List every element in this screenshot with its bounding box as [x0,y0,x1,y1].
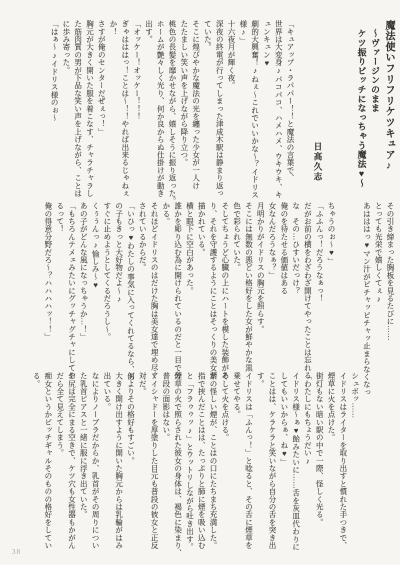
text-column: 普段の面影はない。 [160,372,172,545]
page-title-line-1: 魔法使いフリフリケツキュア♪ [381,20,396,198]
text-column: それほどイドリスのはだけた胸は美女達で埋め尽く [148,202,160,368]
text-column: 色で彩られていた。 [231,202,243,368]
text-column: お尻は完全にまる空きで、ケツ穴も女性器もかがん [66,372,78,545]
text-column: ていた。 [202,20,214,198]
text-column: 対だ。 [136,372,148,545]
text-column: 桃色の長髪を靡かせながら、嬉しそうに振り返った。 [166,20,178,198]
text-column: だがお前の横をわざわざ開けてやったことは忘れる [302,202,314,368]
text-column: 煙草に火を点けた。 [325,372,337,545]
text-column: に歩み寄った。 [60,20,72,198]
text-column: その引き締まった胸板を見るたびに…… [384,202,396,368]
text-column: あの子がどんな風になっちゃうか…！」 [77,202,89,368]
text-column: な その…ひすいだっけ？ [290,202,302,368]
text-column: 描かれている。 [195,202,207,368]
text-column: イドリスは「ふんっ！」と唸ると、その舌に煙草を [243,372,255,545]
text-column [361,372,373,545]
text-column: さすが俺のセンターだぜぇっ！」 [95,20,107,198]
text-column: 「はぁ～♪イドリス様のぉ～ [48,20,60,198]
text-column: ぎゃはははっ！ことは～！！やれば出来るじゃねぇ [119,20,131,198]
text-column: そして火を点ける。 [219,372,231,545]
text-column: 出ている。 [101,372,113,545]
text-column: かる。 [160,202,172,368]
text-column: すぐに止めようとしてくるだろうし～。 [101,202,113,368]
text-column: 街灯もない暗い駅の中で一際、怪しく光る。 [313,372,325,545]
text-column: 様♪」 [237,20,249,198]
text-column: の子もきっと大好物だよ～♪ [113,202,125,368]
text-column: た乳首ピアスと一緒に服に浮き出ていた。 [77,372,89,545]
text-column: 指で挟んだことはは、たっぷりと肺に煙を吸い込む [195,372,207,545]
text-column: 俺の得意分野だろ～？ハハハハッ！！」 [42,202,54,368]
text-column: ホームが艶々しく光り、何か良からぬ仕掛けが動き [154,20,166,198]
text-column: 横と眼下に空白があった。 [184,202,196,368]
text-column: ことはは、ケラケラと笑いながら自分の舌を突き出 [266,372,278,545]
text-column: なによりノーブラだからか、乳首がその周りについ [89,372,101,545]
text-column: だら全て見えてしまう。 [54,372,66,545]
text-column: 誰かを彫り込む為に開けられているのだと一目で分 [172,202,184,368]
text-column: 紫の怪しい煙が、ことはの口にたちまち充満した。 [207,372,219,545]
text-column: るって！ [54,202,66,368]
text-column: る。 [30,372,42,545]
text-column: 世界は大変身♪パコパコ、ハメハメ、ウキウキ、キ [272,20,284,198]
text-column: 胸元が大きく開いた服を着こなす、チャラチャラし [84,20,96,198]
text-tier-2: その引き締まった胸板を見るたびに……とっても光栄で嬉しくてぇ♪あはははっ♥マン汁… [42,202,396,368]
text-column: アイシャドーを厚塗りした目元も普段の彼女と正反 [148,372,160,545]
text-column: り、それを守護するようにことはそっくりの美女が [207,202,219,368]
text-column: くぅぅんっ♪愉しみ～♥ [89,202,101,368]
text-column: す。 [254,372,266,545]
text-column: たたましい笑い声を上げながら降り立つ。 [178,20,190,198]
text-column: 「ふふんっ！だろうなぁっ！ [313,202,325,368]
text-column: 「オッケー！オッケー！！！ [131,20,143,198]
text-column: 煙草の火で照らされた彼女の身体は、褐色に染まり、 [172,372,184,545]
text-column: 「わたしにもちょうだい♪ [302,372,314,545]
author-name: 日高久志 [312,20,324,198]
page-title-line-3: ケツ振りビッチになっちゃう魔法♥～ [354,20,368,198]
text-column: 痴女というかビッチギャルそのものの格好をしてい [42,372,54,545]
text-column [384,372,396,545]
text-column: 「もちろんテメェみたいにグッチャグチャにしてや [66,202,78,368]
text-column: 月明かりがイドリスの胸元を照らす。 [254,202,266,368]
text-column: してもいいからぁ、ね♥」 [278,372,290,545]
text-column: あはははっ♥マン汁がビチャッビチャッ止まらなくなっ [361,202,373,368]
text-column: 「キュアップ・ラパパー！！と魔法の言葉で、 [284,20,296,198]
text-column: そしてちょうど心臓の上にハートを模した装飾があ [219,202,231,368]
text-column: 俺のを待たせる価値はある [278,202,290,368]
text-column: 「いひっ♥わたしの事気に入ってくれてるなら、あ [125,202,137,368]
page-number: 38 [12,548,21,556]
text-column: そこには無数の悪どい格好をした女が鮮やかな黒 [243,202,255,368]
scanned-novel-page: 魔法使いフリフリケツキュア♪ ～ヴァージンのまま ケツ振りビッチになっちゃう魔法… [0,0,400,565]
text-tier-1: 魔法使いフリフリケツキュア♪ ～ヴァージンのまま ケツ振りビッチになっちゃう魔法… [48,20,396,198]
text-column: と「フラゥゥッ♪」とウットリしながら吐き出す。 [184,372,196,545]
text-column: 乗せてやる。 [231,372,243,545]
text-column [337,202,349,368]
text-column: されているからだ。 [136,202,148,368]
page-title-line-2: ～ヴァージンのまま [368,20,382,198]
text-column: イドリス様～ぁ♥飴みたいに……舌を灰皿代わりに [290,372,302,545]
tier-1-columns: 「キュアップ・ラパパー！！と魔法の言葉で、世界は大変身♪パコパコ、ハメハメ、ウキ… [48,20,296,198]
text-column: イドリスはライターを取り出すと慣れた手つきで、 [337,372,349,545]
text-column: ュンキュン♥ [261,20,273,198]
text-tier-3: シュボッ……イドリスはライターを取り出すと慣れた手つきで、煙草に火を点けた。街灯… [30,372,396,545]
text-column: 劇的大興奮！♪ねぇ～これでいいかな～？イドリス [249,20,261,198]
text-column: た筋肉質の男が下品な笑い声を上げながら、ことは [72,20,84,198]
text-column: ちゃうのぉ～♥」 [325,202,337,368]
text-column: とっても光栄で嬉しくてぇ♪ [372,202,384,368]
text-column [349,202,361,368]
text-column: 何よりその格好もすごい。 [125,372,137,545]
text-column [372,372,384,545]
text-column: 女なんだろうなぁ？」 [266,202,278,368]
text-column: 大きく開け出すように開いた胸元からは乳輪がはみ [113,372,125,545]
text-column: 深夜の終電が行ってしまった津成木駅は静まり返っ [213,20,225,198]
text-column: そこに煌びやかな魔法の光を纏った少女が一人け [190,20,202,198]
text-column: 十六夜月が輝く夜。 [225,20,237,198]
text-column: 出す。 [143,20,155,198]
text-column: か！ [107,20,119,198]
text-column: シュボッ…… [349,372,361,545]
